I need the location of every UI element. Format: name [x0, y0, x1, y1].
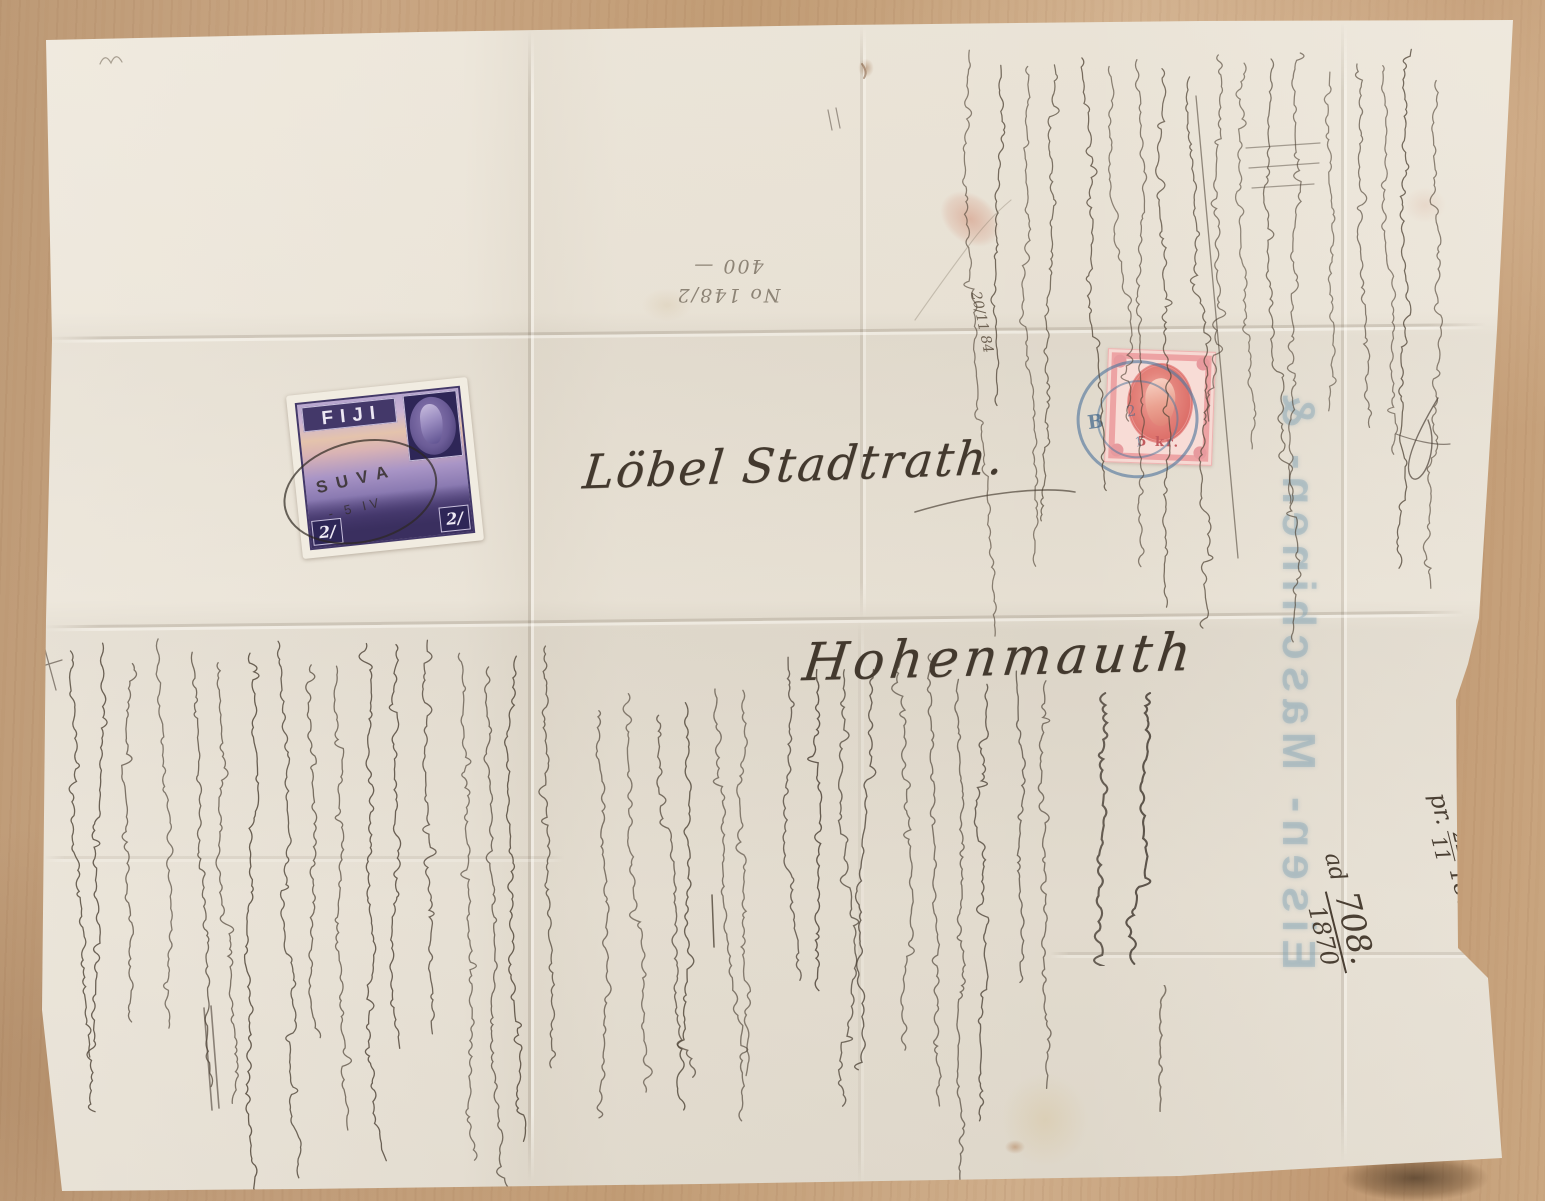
- handwriting-line: [892, 660, 914, 1050]
- handwriting-line: [855, 670, 876, 1070]
- handwriting-line: [306, 665, 321, 1038]
- dash-stroke: [712, 895, 714, 947]
- handwriting-line: [1159, 985, 1166, 1111]
- handwriting-line: [1038, 681, 1051, 1089]
- handwriting-line: [1397, 49, 1411, 568]
- fold-crease-horizontal-lower-left: [44, 856, 564, 859]
- handwriting-bottom-right: [772, 652, 1060, 1200]
- handwriting-line: [458, 653, 477, 1160]
- handwriting-line: [69, 651, 91, 1057]
- handwriting-line: [1094, 693, 1107, 966]
- date-note-fraction: 22 11: [1427, 826, 1476, 867]
- handwriting-line: [927, 654, 941, 1106]
- paraph-crossbar: [1396, 434, 1450, 444]
- pencil-note-line: 400 —: [648, 252, 808, 281]
- handwriting-line: [974, 684, 988, 1121]
- handwriting-bottom-left: [56, 636, 562, 1196]
- small-date-note: 20/11 84: [967, 290, 996, 355]
- fold-crease-vertical-center-lower: [858, 620, 861, 1186]
- handwriting-line: [359, 644, 386, 1161]
- handwriting-line: [87, 643, 107, 1111]
- handwriting-line: [623, 694, 652, 1092]
- handwriting-line: [216, 663, 238, 1104]
- handwriting-line: [955, 679, 965, 1200]
- handwriting-line: [505, 656, 526, 1141]
- fiji-country-label: FIJI: [301, 398, 397, 433]
- crossed-out-word: [204, 1006, 219, 1110]
- handwriting-line: [736, 690, 750, 1075]
- letter-paper: Eisen- Maschinen- & FIJI 2/ 2/ SUVA - 5 …: [0, 0, 1545, 1201]
- pencil-note-line: No 148/2: [648, 281, 808, 310]
- pencil-archive-note: No 148/2 400 —: [648, 252, 808, 309]
- fiji-stamp: FIJI 2/ 2/ SUVA - 5 IV: [286, 377, 484, 559]
- handwriting-line: [783, 657, 801, 980]
- handwriting-letter-heading: [1084, 678, 1170, 966]
- handwriting-line: [1356, 64, 1372, 427]
- double-tick-mark: [828, 108, 840, 130]
- paraph-flourish: [1408, 398, 1438, 479]
- small-ink-fleck: [862, 64, 866, 78]
- handwriting-line: [677, 703, 694, 1110]
- recipient-name: Löbel Stadtrath.: [580, 431, 1008, 501]
- handwriting-margin-fragment: [1146, 985, 1186, 1125]
- postmark-digit: 1: [1134, 435, 1144, 451]
- handwriting-line: [596, 711, 611, 1118]
- red-ink-smudge: [918, 168, 1023, 269]
- received-date-note: pr. 22 11 1871: [1417, 788, 1492, 930]
- handwriting-line: [713, 689, 747, 1121]
- margin-cross-mark: [36, 646, 62, 690]
- handwriting-bottom-center: [584, 688, 760, 1200]
- address-underline-flourish: [915, 490, 1075, 512]
- age-stain: [985, 1055, 1105, 1185]
- date-note-month: 11: [1427, 831, 1455, 867]
- recipient-town: Hohenmauth: [800, 623, 1199, 693]
- handwriting-top-right: [958, 48, 1452, 648]
- suva-postmark-date: - 5 IV: [327, 494, 384, 521]
- handwriting-line: [389, 645, 400, 1049]
- suva-postmark-town: SUVA: [314, 460, 398, 498]
- file-number-prefix: ad: [1319, 850, 1351, 884]
- faint-rose-stain: [1395, 180, 1455, 230]
- postmark-letter: B: [1086, 410, 1105, 434]
- handwriting-line: [657, 715, 696, 1077]
- fiji-value-right: 2/: [438, 504, 470, 532]
- handwriting-line: [1016, 671, 1025, 982]
- long-ink-stroke: [1196, 96, 1238, 558]
- stamp-ornament: [1196, 357, 1209, 370]
- pencil-squiggle-mark: [100, 57, 122, 64]
- austria-stamp: 5 kr. B 2 1: [1104, 348, 1216, 466]
- postmark-digit: 2: [1125, 401, 1137, 420]
- strikethrough-lines: [1246, 143, 1320, 188]
- date-note-year: 1871: [1444, 865, 1483, 928]
- handwriting-line: [245, 653, 259, 1195]
- photographed-letter-scene: { "address": { "line1": "Löbel Stadtrath…: [0, 0, 1545, 1201]
- handwriting-line: [122, 664, 137, 1022]
- handwriting-line: [278, 641, 302, 1178]
- handwriting-line: [1381, 66, 1397, 455]
- rust-spot: [1002, 1138, 1028, 1156]
- fold-crease-vertical-center: [860, 26, 863, 618]
- handwriting-line: [334, 666, 351, 1130]
- handwriting-line: [539, 646, 556, 1068]
- handwriting-line: [1156, 69, 1172, 607]
- handwriting-line: [156, 639, 173, 1028]
- handwriting-line: [1020, 66, 1038, 566]
- handwriting-line: [838, 670, 858, 1106]
- handwriting-line: [1423, 81, 1442, 589]
- paper-fleck: [856, 56, 876, 80]
- handwriting-line: [808, 670, 822, 991]
- handwriting-line: [991, 65, 1005, 405]
- fold-crease-vertical-left: [528, 30, 531, 1182]
- handwriting-line: [1126, 693, 1150, 964]
- date-note-prefix: pr.: [1425, 790, 1460, 828]
- faint-pencil-stroke: [915, 200, 1011, 320]
- handwriting-line: [484, 667, 509, 1196]
- handwriting-line: [191, 652, 212, 1086]
- handwriting-line: [422, 640, 436, 1034]
- handwriting-line: [1135, 60, 1146, 567]
- handwriting-line: [1041, 65, 1059, 521]
